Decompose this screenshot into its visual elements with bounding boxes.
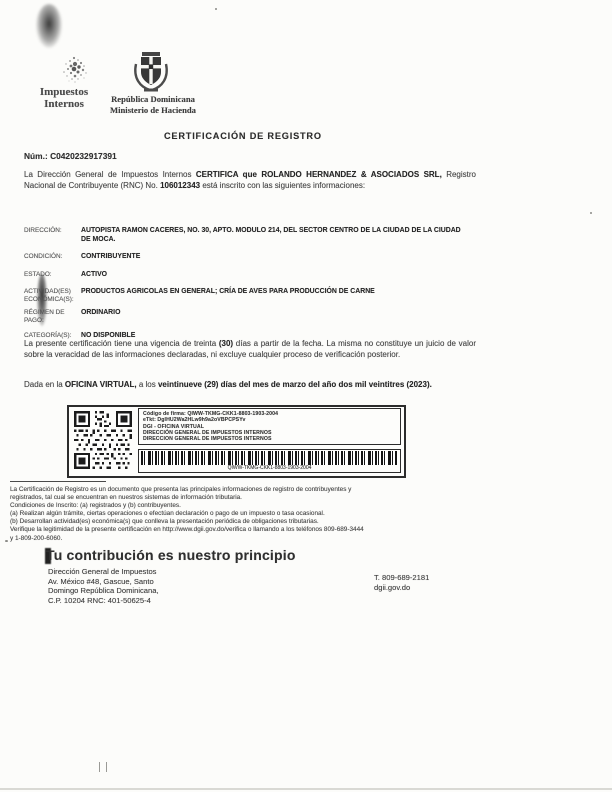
certificate-title: CERTIFICACIÓN DE REGISTRO	[164, 131, 322, 141]
scan-page-edge	[0, 788, 612, 790]
barcode-box: QIWW-TKMG-CKK1-8803-1903-2004	[138, 449, 401, 473]
field-label: DIRECCIÓN:	[24, 226, 81, 235]
footnote-divider	[10, 481, 106, 482]
address-line: Av. México #48, Gascue, Santo	[48, 577, 159, 587]
field-row-estado: ESTADO: ACTIVO	[24, 270, 484, 279]
field-value: PRODUCTOS AGRICOLAS EN GENERAL; CRÍA DE …	[81, 287, 463, 296]
field-label: ACTIVIDAD(ES) ECONÓMICA(S):	[24, 287, 81, 304]
contact-phone: T. 809-689-2181	[374, 573, 429, 583]
stamp-right-column: Código de firma: QIWW-TKMG-CKK1-8803-190…	[138, 408, 401, 473]
barcode-label: QIWW-TKMG-CKK1-8803-1903-2004	[141, 465, 398, 472]
validity-days-bold: (30)	[219, 339, 233, 348]
scan-speck	[5, 540, 8, 542]
signature-agency-line-2: DIRECCION GENERAL DE IMPUESTOS INTERNOS	[143, 436, 396, 442]
certificate-number: Núm.: C0420232917391	[24, 151, 117, 161]
field-row-condicion: CONDICIÓN: CONTRIBUYENTE	[24, 252, 484, 261]
dominican-coat-of-arms-icon	[129, 50, 173, 99]
validity-paragraph: La presente certificación tiene una vige…	[24, 339, 476, 360]
scan-speck	[590, 212, 592, 214]
certificate-number-label: Núm.:	[24, 151, 48, 161]
field-value: ACTIVO	[81, 270, 463, 279]
footnote-line: Verifique la legitimidad de la presente …	[10, 526, 604, 534]
ministry-line-1: República Dominicana	[98, 94, 208, 105]
ministry-name: República Dominicana Ministerio de Hacie…	[98, 94, 208, 115]
validity-text: La presente certificación tiene una vige…	[24, 339, 219, 348]
field-value: ORDINARIO	[81, 308, 463, 317]
digital-signature-stamp-box: Código de firma: QIWW-TKMG-CKK1-8803-190…	[67, 405, 406, 478]
slogan: Tu contribución es nuestro principio	[46, 547, 296, 563]
footnote-line: y 1-809-200-6060.	[10, 535, 604, 543]
issued-text: a los	[137, 380, 158, 389]
intro-certifica-bold: CERTIFICA que ROLANDO HERNANDEZ & ASOCIA…	[196, 170, 442, 179]
field-label: CONDICIÓN:	[24, 252, 81, 261]
issued-office-bold: OFICINA VIRTUAL,	[65, 380, 137, 389]
field-label: RÉGIMEN DE PAGO:	[24, 308, 81, 325]
scan-speck	[215, 8, 217, 10]
address-line: Dirección General de Impuestos	[48, 567, 159, 577]
contact-block: T. 809-689-2181 dgii.gov.do	[374, 573, 429, 592]
field-row-direccion: DIRECCIÓN: AUTOPISTA RAMON CACERES, NO. …	[24, 226, 484, 244]
contact-website: dgii.gov.do	[374, 583, 429, 593]
footnote-line: La Certificación de Registro es un docum…	[10, 486, 604, 494]
field-row-regimen: RÉGIMEN DE PAGO: ORDINARIO	[24, 308, 484, 325]
field-value: CONTRIBUYENTE	[81, 252, 463, 261]
address-line: Domingo República Dominicana,	[48, 586, 159, 596]
address-line: C.P. 10204 RNC: 401-50625-4	[48, 596, 159, 606]
intro-text: está inscrito con las siguientes informa…	[200, 181, 365, 190]
registration-fields: DIRECCIÓN: AUTOPISTA RAMON CACERES, NO. …	[24, 226, 484, 340]
qr-code-icon	[74, 411, 132, 469]
field-value: AUTOPISTA RAMON CACERES, NO. 30, APTO. M…	[81, 226, 463, 244]
ministry-line-2: Ministerio de Hacienda	[98, 105, 208, 116]
signature-info-box: Código de firma: QIWW-TKMG-CKK1-8803-190…	[138, 408, 401, 445]
scan-artifact-smudge-top	[36, 4, 62, 48]
scan-artifact-bottom-mark	[99, 762, 107, 772]
field-label: ESTADO:	[24, 270, 81, 279]
scanned-certificate-page: Impuestos Internos República Dominicana …	[0, 0, 612, 792]
issued-date-bold: veintinueve (29) días del mes de marzo d…	[158, 380, 432, 389]
barcode-icon	[141, 451, 398, 465]
intro-rnc-bold: 106012343	[160, 181, 200, 190]
address-block: Dirección General de Impuestos Av. Méxic…	[48, 567, 159, 606]
intro-text: La Dirección General de Impuestos Intern…	[24, 170, 196, 179]
issued-text: Dada en la	[24, 380, 65, 389]
certificate-number-value: C0420232917391	[50, 151, 117, 161]
issuance-paragraph: Dada en la OFICINA VIRTUAL, a los veinti…	[24, 380, 476, 391]
field-row-actividad: ACTIVIDAD(ES) ECONÓMICA(S): PRODUCTOS AG…	[24, 287, 484, 304]
footnotes-block: La Certificación de Registro es un docum…	[10, 486, 604, 543]
footnote-line: registrados, tal cual se encuentran en n…	[10, 494, 604, 502]
intro-paragraph: La Dirección General de Impuestos Intern…	[24, 170, 476, 191]
